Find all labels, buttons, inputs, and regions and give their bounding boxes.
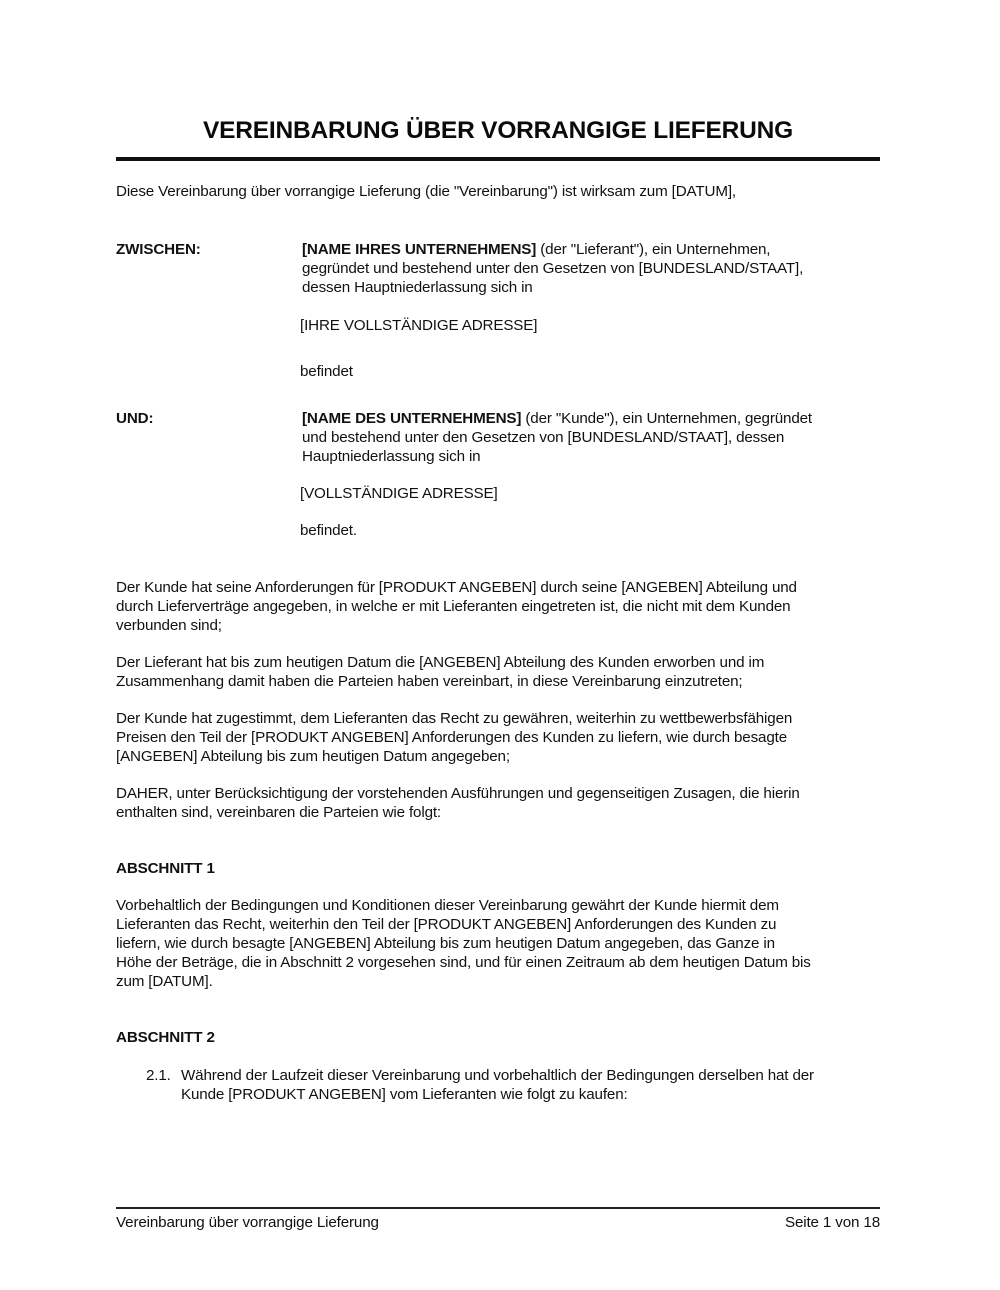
- document-title: VEREINBARUNG ÜBER VORRANGIGE LIEFERUNG: [116, 114, 880, 148]
- section-heading: ABSCHNITT 1: [116, 859, 215, 878]
- document-page: VEREINBARUNG ÜBER VORRANGIGE LIEFERUNG D…: [0, 0, 1000, 1290]
- recital-paragraph: Der Kunde hat zugestimmt, dem Lieferante…: [116, 709, 886, 766]
- title-divider: [116, 157, 880, 161]
- clause-number: 2.1.: [146, 1066, 171, 1085]
- party-address-supplier: [IHRE VOLLSTÄNDIGE ADRESSE]: [300, 316, 537, 335]
- party-description-customer: [NAME DES UNTERNEHMENS] (der "Kunde"), e…: [302, 409, 882, 466]
- party-line: gegründet und bestehend unter den Gesetz…: [302, 259, 882, 278]
- party-line: Hauptniederlassung sich in: [302, 447, 882, 466]
- party-line: [NAME DES UNTERNEHMENS] (der "Kunde"), e…: [302, 409, 882, 428]
- party-label-und: UND:: [116, 409, 153, 428]
- clause-body: Während der Laufzeit dieser Vereinbarung…: [181, 1066, 886, 1104]
- recital-paragraph: DAHER, unter Berücksichtigung der vorste…: [116, 784, 886, 822]
- party-name-customer: [NAME DES UNTERNEHMENS]: [302, 410, 521, 427]
- party-line: [NAME IHRES UNTERNEHMENS] (der "Lieferan…: [302, 240, 882, 259]
- footer-page-number: Seite 1 von 18: [785, 1213, 880, 1232]
- recital-paragraph: Der Lieferant hat bis zum heutigen Datum…: [116, 653, 886, 691]
- section-heading: ABSCHNITT 2: [116, 1028, 215, 1047]
- party-line: und bestehend unter den Gesetzen von [BU…: [302, 428, 882, 447]
- footer-document-name: Vereinbarung über vorrangige Lieferung: [116, 1213, 379, 1232]
- party-label-zwischen: ZWISCHEN:: [116, 240, 201, 259]
- party-address-customer: [VOLLSTÄNDIGE ADRESSE]: [300, 484, 498, 503]
- section-body: Vorbehaltlich der Bedingungen und Kondit…: [116, 896, 886, 991]
- party-location-customer: befindet.: [300, 521, 357, 540]
- party-description-supplier: [NAME IHRES UNTERNEHMENS] (der "Lieferan…: [302, 240, 882, 297]
- recital-paragraph: Der Kunde hat seine Anforderungen für [P…: [116, 578, 886, 635]
- party-location-supplier: befindet: [300, 362, 353, 381]
- intro-paragraph: Diese Vereinbarung über vorrangige Liefe…: [116, 182, 886, 201]
- party-line: dessen Hauptniederlassung sich in: [302, 278, 882, 297]
- footer-divider: [116, 1207, 880, 1209]
- party-name-supplier: [NAME IHRES UNTERNEHMENS]: [302, 241, 536, 258]
